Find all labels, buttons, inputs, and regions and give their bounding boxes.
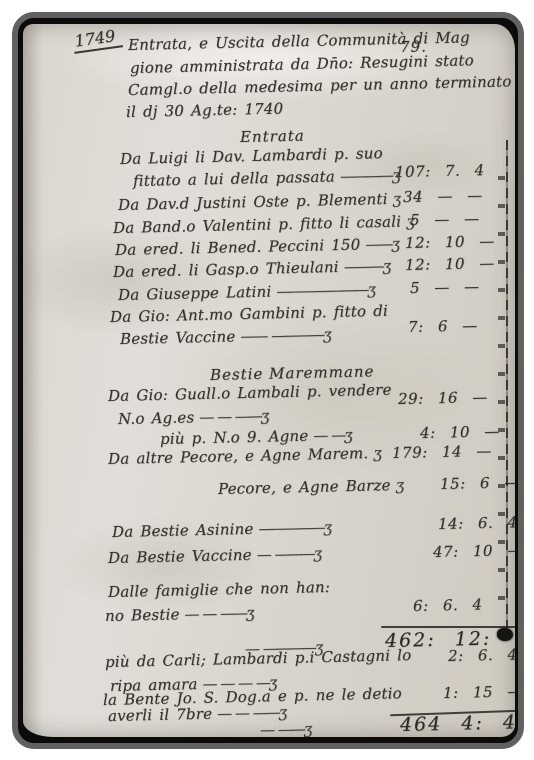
entry-amount: 29: 16 — xyxy=(398,388,488,408)
manuscript-page: 1749 79. Entrata, e Uscita della Communi… xyxy=(23,24,515,737)
entry-amount: 7: 6 — xyxy=(408,316,478,336)
leader-flourish: — ———ʒ xyxy=(252,544,321,564)
entry-text: Da ered. li Gasp.o Thieulani———ʒ xyxy=(113,257,390,281)
margin-year: 1749 xyxy=(71,25,122,54)
entry-amount: 12: 10 — xyxy=(405,254,495,274)
leader-flourish: ʒ xyxy=(390,476,402,494)
leader-flourish: ʒ xyxy=(368,444,380,462)
total-leader: — ——ʒ xyxy=(255,720,311,737)
entry-text: Bestie Vaccine—— ————ʒ xyxy=(120,325,330,348)
entry-text: Pecore, e Agne Barzeʒ xyxy=(218,476,402,498)
entry-amount: 6: 6. 4 xyxy=(413,595,483,615)
entry-amount: 5 — — xyxy=(410,277,480,297)
entry-amount: 1: 15 — : xyxy=(443,682,515,702)
manuscript-photo: 1749 79. Entrata, e Uscita della Communi… xyxy=(0,0,534,760)
entry-text: Da Dav.d Justini Oste p. Blementiʒ xyxy=(118,190,399,214)
ink-blot xyxy=(497,628,513,641)
entry-amount: 2: 6. 4 xyxy=(448,645,515,665)
entry-text: Da Gio: Ant.mo Gambini p. fitto di xyxy=(110,302,388,326)
entry-text: più da Carli; Lambardi p.i Castagni lo xyxy=(105,646,412,671)
leader-flourish: —— ————ʒ xyxy=(235,325,330,345)
entry-text: fittato a lui della passata————ʒ xyxy=(133,166,399,190)
entry-amount: 179: 14 — xyxy=(392,442,492,462)
entry-text: no Bestie— — ——ʒ xyxy=(105,604,253,625)
entry-text: Da Gio: Guall.o Lambali p. vendere xyxy=(108,381,392,405)
leader-flourish: ———ʒ xyxy=(339,257,390,276)
header-line-4: il dj 30 Ag.te: 1740 xyxy=(126,99,284,121)
entry-text: N.o Ag.es— — ——ʒ xyxy=(118,407,268,428)
section-heading-entrata: Entrata xyxy=(240,127,305,146)
header-line-3: Camgl.o della medesima per un anno termi… xyxy=(128,72,512,99)
entry-amount: 5 — — xyxy=(410,209,480,229)
entry-text: Da Luigi li Dav. Lambardi p. suo xyxy=(120,144,383,168)
entry-text: Da ered. li Bened. Peccini 150——ʒ xyxy=(115,235,398,259)
leader-flourish: — — ——ʒ xyxy=(179,604,252,624)
leader-flourish: ————ʒ xyxy=(335,166,399,185)
entry-text: Da Band.o Valentini p. fitto li casaliʒ xyxy=(113,212,413,237)
leader-flourish: ʒ xyxy=(387,190,399,208)
entry-amount: 12: 10 — xyxy=(405,232,495,252)
leader-flourish: ———————ʒ xyxy=(271,280,374,300)
photo-frame: 1749 79. Entrata, e Uscita della Communi… xyxy=(12,12,524,749)
page-edge-line xyxy=(506,140,508,630)
entry-text: Da altre Pecore, e Agne Marem.ʒ xyxy=(108,444,380,468)
total-amount: 464 4: 4 xyxy=(400,711,515,736)
leader-flourish: ——ʒ xyxy=(360,235,398,254)
leader-flourish: —————ʒ xyxy=(253,518,330,538)
entry-amount: 34 — — xyxy=(403,186,483,206)
leader-flourish: — —ʒ xyxy=(308,426,351,445)
entry-text: Da Bestie Vaccine— ———ʒ xyxy=(108,544,320,567)
entry-text: Da Giuseppe Latini———————ʒ xyxy=(118,280,374,304)
entry-text: Da Bestie Asinine—————ʒ xyxy=(112,518,330,541)
entry-amount: 107: 7. 4 xyxy=(395,161,485,181)
entry-text: Dalle famiglie che non han: xyxy=(108,578,330,601)
leader-flourish: — — ——ʒ xyxy=(194,407,267,427)
header-line-2: gione amministrata da Dn̄o: Resugini sta… xyxy=(130,51,474,77)
page-edge-ticks xyxy=(498,152,505,622)
entry-amount: 4: 10 — xyxy=(420,422,500,442)
